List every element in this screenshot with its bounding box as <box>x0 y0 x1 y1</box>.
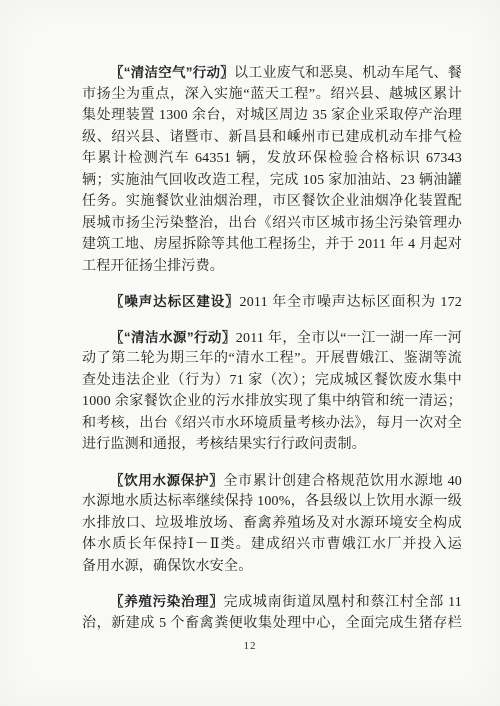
para-line: 级、绍兴县、诸暨市、新昌县和嵊州市已建成机动车排气检测站并投入使用，2011 <box>82 127 462 149</box>
para-line: 进行监测和通报，考核结果实行行政问责制。 <box>82 434 462 456</box>
paragraph: 〖养殖污染治理〗完成城南街道凤凰村和蔡江村全部 11 个养猪场的污染整治，新建成… <box>82 591 462 634</box>
para-line: 〖“清洁空气”行动〗以工业废气和恶臭、机动车尾气、餐饮油烟废气和城 <box>82 62 462 84</box>
para-line: 治，新建成 5 个畜禽粪便收集处理中心，全面完成生猪存栏 100 头以上规模猪场 <box>82 613 462 635</box>
para-line: 〖“清洁水源”行动〗2011 年，全市以“一江一湖一库一河网”为重点，启 <box>82 327 462 349</box>
para-line: 备用水源，确保饮水安全。 <box>82 556 462 578</box>
para-line: 〖养殖污染治理〗完成城南街道凤凰村和蔡江村全部 11 个养猪场的污染整 <box>82 591 462 613</box>
section-header: 〖饮用水源保护〗 <box>110 473 223 488</box>
para-line: 体水质长年保持Ⅰ－Ⅱ类。建成绍兴市曹娥江水厂并投入运行，作为我市饮用水 <box>82 534 462 556</box>
para-line: 〖噪声达标区建设〗2011 年全市噪声达标区面积为 172 平方公里。 <box>82 291 462 313</box>
para-line: 查处违法企业（行为）71 家（次）；完成城区餐饮废水集中整治，城区二环线内 <box>82 370 462 392</box>
para-line: 水排放口、垃圾堆放场、畜禽养殖场及对水源环境安全构成威胁的排污企业，水 <box>82 513 462 535</box>
para-line: 和考核，出台《绍兴市水环境质量考核办法》，每月一次对全市 55 个水质断面 <box>82 413 462 435</box>
section-header: 〖“清洁空气”行动〗 <box>110 65 234 80</box>
para-line: 水源地水质达标率继续保持 100%，各县级以上饮用水源一级保护区范围内无污 <box>82 491 462 513</box>
section-header: 〖养殖污染治理〗 <box>110 594 224 609</box>
para-line: 建筑工地、房屋拆除等其他工程扬尘，并于 2011 年 4 月起对市区所有建筑、市… <box>82 234 462 256</box>
text-block: 〖“清洁空气”行动〗以工业废气和恶臭、机动车尾气、餐饮油烟废气和城市扬尘为重点，… <box>82 62 462 648</box>
para-line: 展城市扬尘污染整治，出台《绍兴市区城市扬尘污染管理办法》，集中整治交通运输、 <box>82 213 462 235</box>
para-line: 1000 余家餐饮企业的污水排放实现了集中纳管和统一清运；实施断面水质监测 <box>82 391 462 413</box>
para-line: 动了第二轮为期三年的“清水工程”。开展曹娥江、鉴湖等流域水环境专项整治， <box>82 348 462 370</box>
paragraph: 〖饮用水源保护〗全市累计创建合格规范饮用水源地 40 个，县级以上饮用水源地水质… <box>82 470 462 578</box>
para-line: 任务。实施餐饮业油烟治理，市区餐饮企业油烟净化装置配备率达到 88.2%。开 <box>82 191 462 213</box>
para-line: 年累计检测汽车 64351 辆，发放环保检验合格标识 67343 份，淘汰“黄标… <box>82 148 462 170</box>
paragraph: 〖噪声达标区建设〗2011 年全市噪声达标区面积为 172 平方公里。 <box>82 291 462 313</box>
paragraph: 〖“清洁空气”行动〗以工业废气和恶臭、机动车尾气、餐饮油烟废气和城市扬尘为重点，… <box>82 62 462 277</box>
paragraph: 〖“清洁水源”行动〗2011 年，全市以“一江一湖一库一河网”为重点，启动了第二… <box>82 327 462 456</box>
section-header: 〖噪声达标区建设〗 <box>110 294 240 309</box>
para-line: 集处理装置 1300 余台，对城区周边 35 家企业采取停产治理等整治措施。市本 <box>82 105 462 127</box>
para-line: 〖饮用水源保护〗全市累计创建合格规范饮用水源地 40 个，县级以上饮用 <box>82 470 462 492</box>
section-header: 〖“清洁水源”行动〗 <box>110 330 236 345</box>
scan-page: 〖“清洁空气”行动〗以工业废气和恶臭、机动车尾气、餐饮油烟废气和城市扬尘为重点，… <box>0 0 500 706</box>
page-number: 12 <box>0 640 500 652</box>
para-line: 辆；实施油气回收改造工程，完成 105 家加油站、23 辆油罐车的油气回收改造 <box>82 170 462 192</box>
para-line: 市扬尘为重点，深入实施“蓝天工程”。绍兴县、越城区累计安装定型机废气收 <box>82 84 462 106</box>
para-line: 工程开征扬尘排污费。 <box>82 256 462 278</box>
